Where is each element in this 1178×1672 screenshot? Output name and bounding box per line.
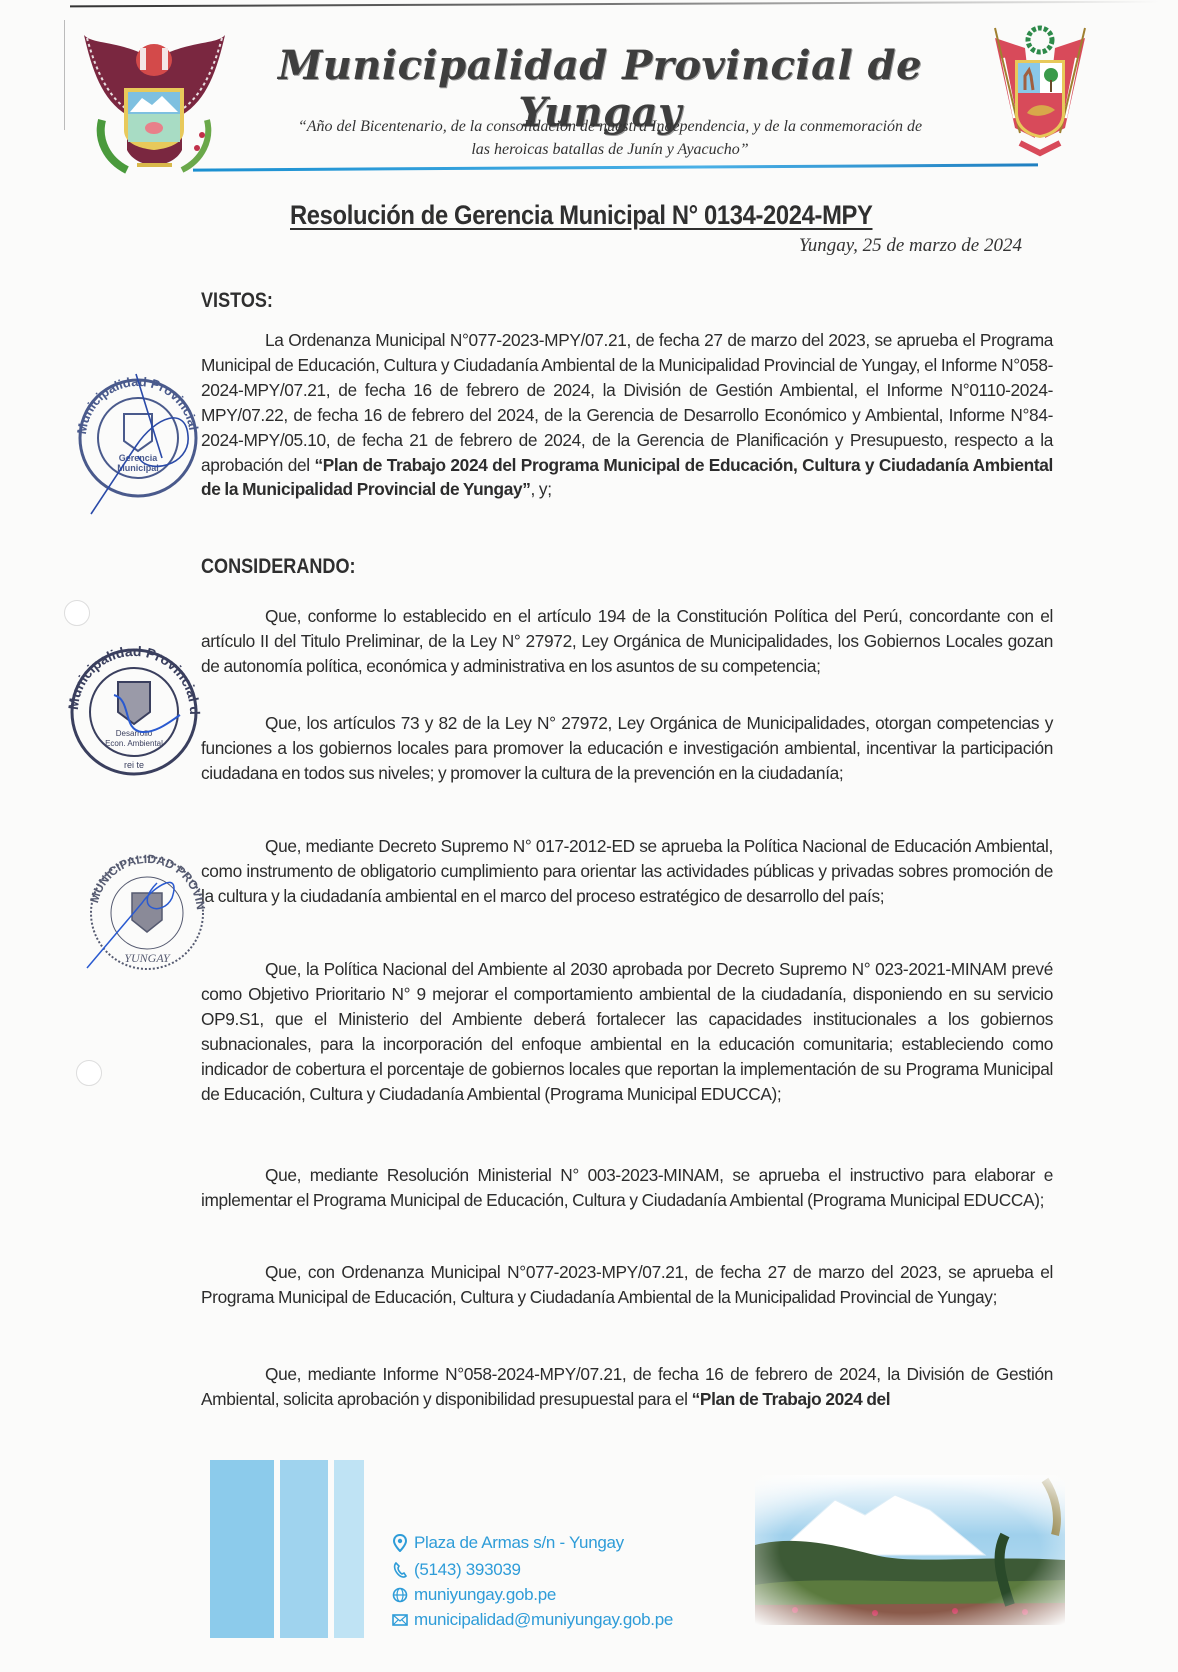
phone-icon (392, 1561, 408, 1579)
last-para-plan-title: “Plan de Trabajo 2024 del (692, 1389, 891, 1409)
considerando-paragraph: Que, conforme lo establecido en el artíc… (201, 604, 1053, 679)
footer-phone: (5143) 393039 (392, 1560, 521, 1580)
considerando-paragraph: Que, mediante Resolución Ministerial N° … (201, 1163, 1053, 1213)
stamp-planificacion-presupuesto: MUNICIPALIDAD PROVINCIAL YUNGAY (82, 848, 212, 983)
year-motto: “Año del Bicentenario, de la consolidaci… (260, 115, 960, 161)
email-link[interactable]: municipalidad@muniyungay.gob.pe (414, 1610, 673, 1630)
vistos-text: La Ordenanza Municipal N°077-2023-MPY/07… (201, 330, 1053, 475)
footer-website: muniyungay.gob.pe (392, 1585, 556, 1605)
yungay-eagle-coat-of-arms-icon (82, 30, 227, 180)
footer-email: municipalidad@muniyungay.gob.pe (392, 1610, 673, 1630)
vistos-plan-title: “Plan de Trabajo 2024 del Programa Munic… (201, 455, 1053, 500)
globe-icon (392, 1586, 408, 1604)
considerando-paragraph: Que, con Ordenanza Municipal N°077-2023-… (201, 1260, 1053, 1310)
considerando-paragraph: Que, mediante Informe N°058-2024-MPY/07.… (201, 1362, 1053, 1412)
huascaran-landscape-image (755, 1475, 1065, 1625)
stamp-gerencia-municipal: Municipalidad Provincial de Yungay Geren… (66, 366, 206, 521)
resolution-title: Resolución de Gerencia Municipal N° 0134… (290, 200, 871, 231)
punch-hole (76, 1060, 102, 1086)
vistos-text-end: , y; (531, 479, 552, 499)
punch-hole (64, 600, 90, 626)
stamp-inner-text: Desarrollo (116, 729, 153, 738)
scan-edge-left (64, 20, 65, 130)
vistos-paragraph: La Ordenanza Municipal N°077-2023-MPY/07… (201, 328, 1053, 502)
phone-text: (5143) 393039 (414, 1560, 521, 1580)
stamp-bottom-text: YUNGAY (124, 951, 171, 965)
year-motto-line-2: las heroicas batallas de Junín y Ayacuch… (260, 138, 960, 161)
mail-icon (392, 1611, 408, 1629)
last-para-text: Que, mediante Informe N°058-2024-MPY/07.… (201, 1364, 1053, 1409)
considerando-paragraph: Que, los artículos 73 y 82 de la Ley N° … (201, 711, 1053, 786)
stamp-inner-text: Econ. Ambiental (105, 739, 163, 748)
footer-decoration-bars (210, 1460, 365, 1640)
vistos-heading: VISTOS: (201, 289, 273, 313)
considerando-paragraph: Que, mediante Decreto Supremo N° 017-201… (201, 834, 1053, 909)
header-divider (193, 163, 1038, 171)
footer-address: Plaza de Armas s/n - Yungay (392, 1533, 624, 1553)
stamp-desarrollo-economico: Municipalidad Provincial de Yungay Desar… (62, 640, 202, 795)
location-pin-icon (392, 1534, 408, 1552)
stamp-bottom-text: rei te (124, 760, 144, 770)
peru-national-coat-of-arms-icon (985, 18, 1095, 163)
scan-edge (70, 1, 1160, 8)
considerando-paragraph: Que, la Política Nacional del Ambiente a… (201, 957, 1053, 1106)
resolution-date: Yungay, 25 de marzo de 2024 (760, 235, 1022, 257)
considerando-heading: CONSIDERANDO: (201, 555, 356, 579)
year-motto-line-1: “Año del Bicentenario, de la consolidaci… (260, 115, 960, 138)
address-text: Plaza de Armas s/n - Yungay (414, 1533, 624, 1553)
website-link[interactable]: muniyungay.gob.pe (414, 1585, 556, 1605)
